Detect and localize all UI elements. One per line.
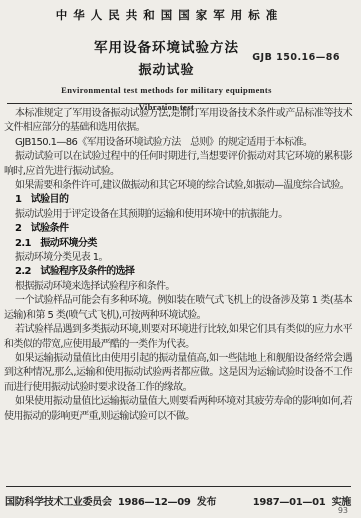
paragraph-scope: 本标准规定了军用设备振动试验方法,是制订军用设备技术条件或产品标准等技术文件相应…	[4, 107, 352, 136]
paragraph-gjb-reference: GJB150.1—86《军用设备环境试验方法 总则》的规定适用于本标准。	[4, 136, 352, 150]
paragraph-transport-higher: 如果运输振动量值比由使用引起的振动量值高,如一些陆地上和舰船设备经常会遇到这种情…	[4, 352, 352, 395]
paragraph-multiple-environments: 一个试验样品可能会有多种环境。例如装在喷气式飞机上的设备涉及第 1 类(基本运输…	[4, 294, 352, 323]
document-body: 本标准规定了军用设备振动试验方法,是制订军用设备技术条件或产品标准等技术文件相应…	[4, 107, 352, 424]
document-footer: 国防科学技术工业委员会 1986—12—09 发布 1987—01—01 实施	[5, 493, 351, 508]
issuer-name: 国防科学技术工业委员会	[5, 497, 112, 508]
subsection-heading-2-2-procedure-selection: 2.2 试验程序及条件的选择	[4, 265, 352, 279]
paragraph-classification-table-ref: 振动环境分类见表 1。	[4, 251, 352, 265]
effective-info: 1987—01—01 实施	[253, 493, 351, 508]
paragraph-test-purpose: 振动试验用于评定设备在其预期的运输和使用环境中的抗振能力。	[4, 208, 352, 222]
paragraph-use-higher: 如果使用振动量值比运输振动量值大,则要看两种环境对其疲劳寿命的影响如何,若使用振…	[4, 395, 352, 424]
document-page: 中华人民共和国国家军用标准 军用设备环境试验方法 振动试验 Environmen…	[0, 0, 361, 518]
document-title-en: Environmental test methods for military …	[0, 85, 333, 95]
publish-label: 发布	[197, 497, 216, 508]
paragraph-combined-test: 如果需要和条件许可,建议做振动和其它环境的综合试验,如振动—温度综合试验。	[4, 179, 352, 193]
header-divider	[7, 103, 352, 104]
page-number: 93	[338, 506, 348, 515]
standard-number: GJB 150.16—86	[252, 52, 340, 63]
subsection-heading-2-1-environment-classification: 2.1 振动环境分类	[4, 237, 352, 251]
effective-date: 1987—01—01	[253, 497, 326, 508]
publish-date: 1986—12—09	[118, 497, 191, 508]
publish-info: 国防科学技术工业委员会 1986—12—09 发布	[5, 493, 219, 508]
paragraph-environment-comparison: 若试验样品遇到多类振动环境,则要对环境进行比较,如果它们具有类似的应力水平和类似…	[4, 323, 352, 352]
paragraph-test-timing: 振动试验可以在试验过程中的任何时期进行,当想要评价振动对其它环境的累积影响时,应…	[4, 150, 352, 179]
paragraph-selection-basis: 根据振动环境来选择试验程序和条件。	[4, 280, 352, 294]
footer-divider	[6, 486, 351, 487]
section-heading-2-test-conditions: 2 试验条件	[4, 222, 352, 236]
standard-type-title: 中华人民共和国国家军用标准	[0, 7, 333, 23]
section-heading-1-test-purpose: 1 试验目的	[4, 193, 352, 207]
